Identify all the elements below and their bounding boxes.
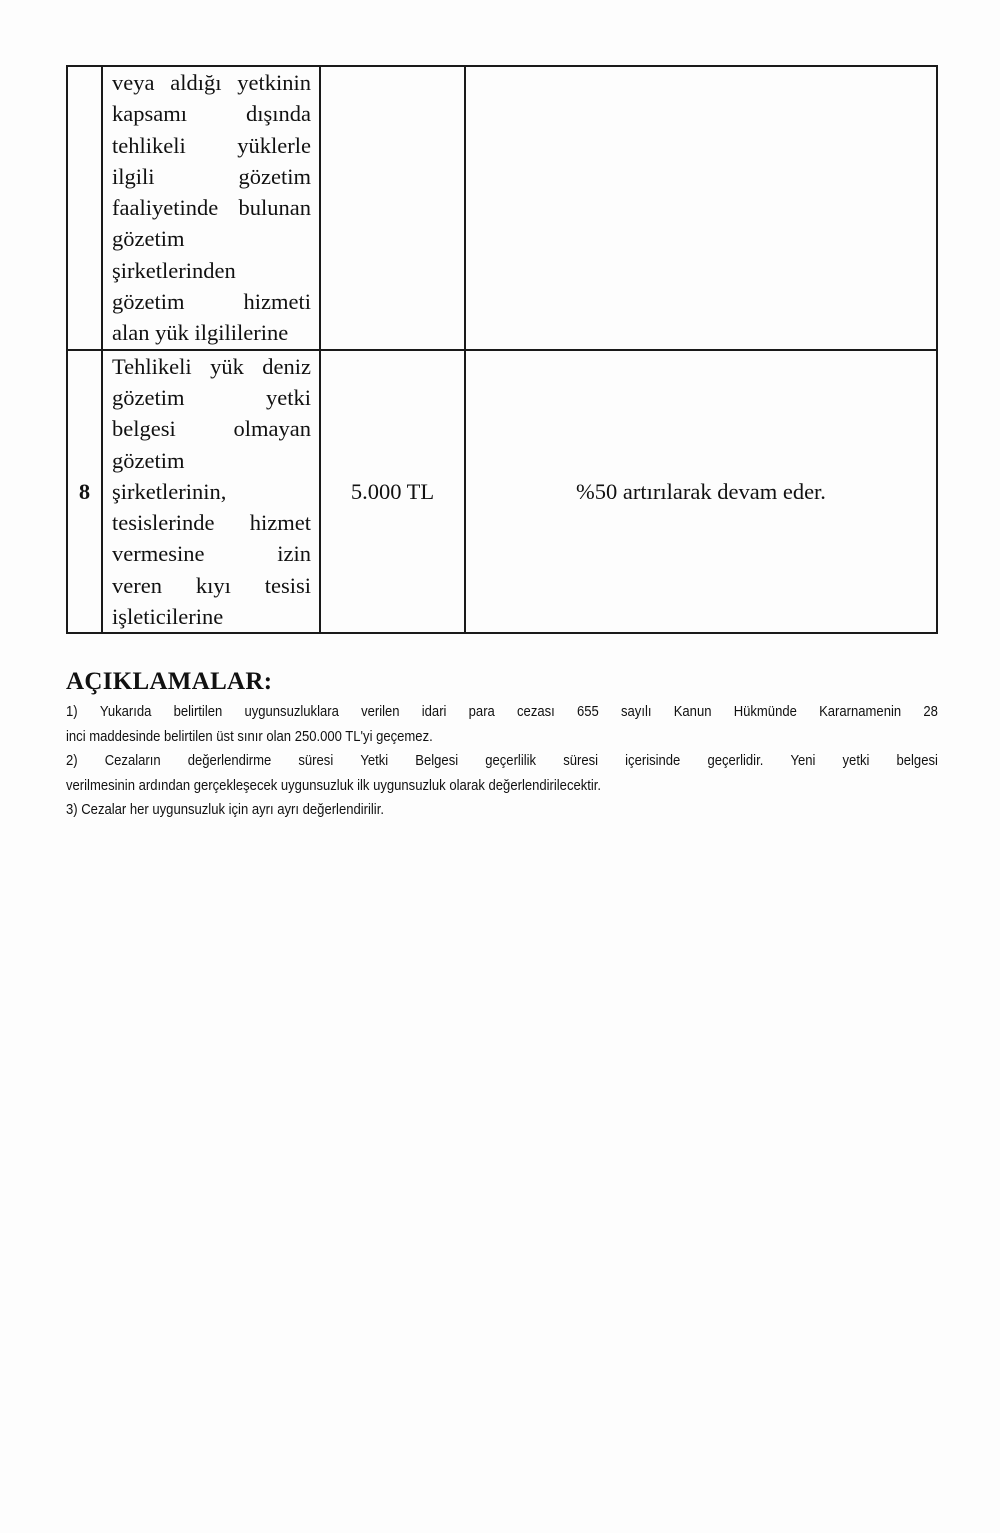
row-number-cell [67, 66, 102, 350]
description-line: gözetimyetki [112, 382, 311, 413]
description-line: alan yük ilgililerine [112, 317, 311, 348]
first-penalty-cell [320, 66, 465, 350]
description-line: tehlikeliyüklerle [112, 130, 311, 161]
explanation-line: inci maddesinde belirtilen üst sınır ola… [66, 725, 938, 750]
description-line: işleticilerine [112, 601, 311, 632]
explanations-title: AÇIKLAMALAR: [66, 668, 938, 696]
subsequent-penalty-cell [465, 66, 937, 350]
description-line: ilgiligözetim [112, 161, 311, 192]
explanation-line: verilmesinin ardından gerçekleşecek uygu… [66, 774, 938, 799]
description-line: verenkıyıtesisi [112, 570, 311, 601]
violation-description-cell: Tehlikeliyükdenizgözetimyetkibelgesiolma… [102, 350, 320, 634]
explanation-line: 1)Yukarıdabelirtilenuygunsuzluklaraveril… [66, 700, 938, 725]
description-line: veyaaldığıyetkinin [112, 67, 311, 98]
subsequent-penalty-cell: %50 artırılarak devam eder. [465, 350, 937, 634]
explanation-line: 3) Cezalar her uygunsuzluk için ayrı ayr… [66, 798, 938, 823]
explanation-item: 1)Yukarıdabelirtilenuygunsuzluklaraveril… [66, 700, 938, 749]
document-page: veyaaldığıyetkininkapsamıdışındatehlikel… [0, 0, 1000, 1533]
row-number-cell: 8 [67, 350, 102, 634]
table-row: 8 Tehlikeliyükdenizgözetimyetkibelgesiol… [67, 350, 937, 634]
explanation-item: 3) Cezalar her uygunsuzluk için ayrı ayr… [66, 798, 938, 823]
description-line: gözetim [112, 445, 311, 476]
explanations-section: AÇIKLAMALAR: 1)Yukarıdabelirtilenuygunsu… [66, 668, 938, 823]
description-line: tesislerindehizmet [112, 507, 311, 538]
description-line: şirketlerinin, [112, 476, 311, 507]
penalty-table: veyaaldığıyetkininkapsamıdışındatehlikel… [66, 65, 938, 634]
description-line: gözetimhizmeti [112, 286, 311, 317]
description-line: belgesiolmayan [112, 413, 311, 444]
description-line: Tehlikeliyükdeniz [112, 351, 311, 382]
table-row: veyaaldığıyetkininkapsamıdışındatehlikel… [67, 66, 937, 350]
violation-description-cell: veyaaldığıyetkininkapsamıdışındatehlikel… [102, 66, 320, 350]
explanation-item: 2)CezalarındeğerlendirmesüresiYetkiBelge… [66, 749, 938, 798]
explanation-line: 2)CezalarındeğerlendirmesüresiYetkiBelge… [66, 749, 938, 774]
first-penalty-cell: 5.000 TL [320, 350, 465, 634]
description-line: gözetim [112, 223, 311, 254]
description-line: faaliyetindebulunan [112, 192, 311, 223]
description-line: kapsamıdışında [112, 98, 311, 129]
description-line: şirketlerinden [112, 255, 311, 286]
description-line: vermesineizin [112, 538, 311, 569]
